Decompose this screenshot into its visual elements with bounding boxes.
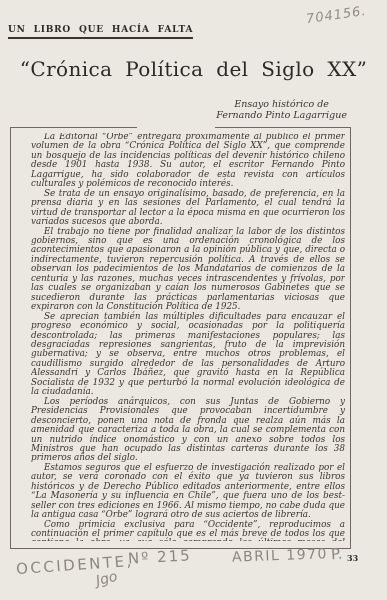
byline-line1: Ensayo histórico de [216, 99, 347, 110]
handwritten-signature: Jgo [94, 569, 119, 590]
paragraph: Como primicia exclusiva para “Occidente”… [31, 521, 345, 541]
handwritten-date: ABRIL 1970 [232, 546, 328, 565]
byline: Ensayo histórico de Fernando Pinto Lagar… [216, 99, 347, 121]
byline-line2: Fernando Pinto Lagarrigue [216, 110, 347, 121]
paragraph: La Editorial “Orbe” entregará próximamen… [31, 133, 345, 190]
handwritten-page-prefix: P. [330, 545, 343, 564]
frame-top-gap [137, 125, 215, 130]
scanned-page: UN LIBRO QUE HACÍA FALTA 704156. “Crónic… [0, 0, 387, 600]
page-title: “Crónica Política del Siglo XX” [0, 57, 387, 81]
handwritten-issue-number: Nº 215 [128, 546, 193, 567]
paragraph: El trabajo no tiene por finalidad analiz… [31, 228, 345, 313]
paragraph: Estamos seguros que el esfuerzo de inves… [31, 464, 345, 521]
paragraph: Los períodos anárquicos, con sus Juntas … [31, 398, 345, 464]
kicker-label: UN LIBRO QUE HACÍA FALTA [8, 25, 193, 39]
printed-page-number: 33 [347, 553, 358, 563]
paragraph: Se aprecian también las múltiples dificu… [31, 313, 345, 398]
article-body: La Editorial “Orbe” entregará próximamen… [31, 133, 345, 541]
handwritten-catalog-number: 704156. [305, 4, 367, 27]
paragraph: Se trata de un ensayo originalísimo, bas… [31, 190, 345, 228]
